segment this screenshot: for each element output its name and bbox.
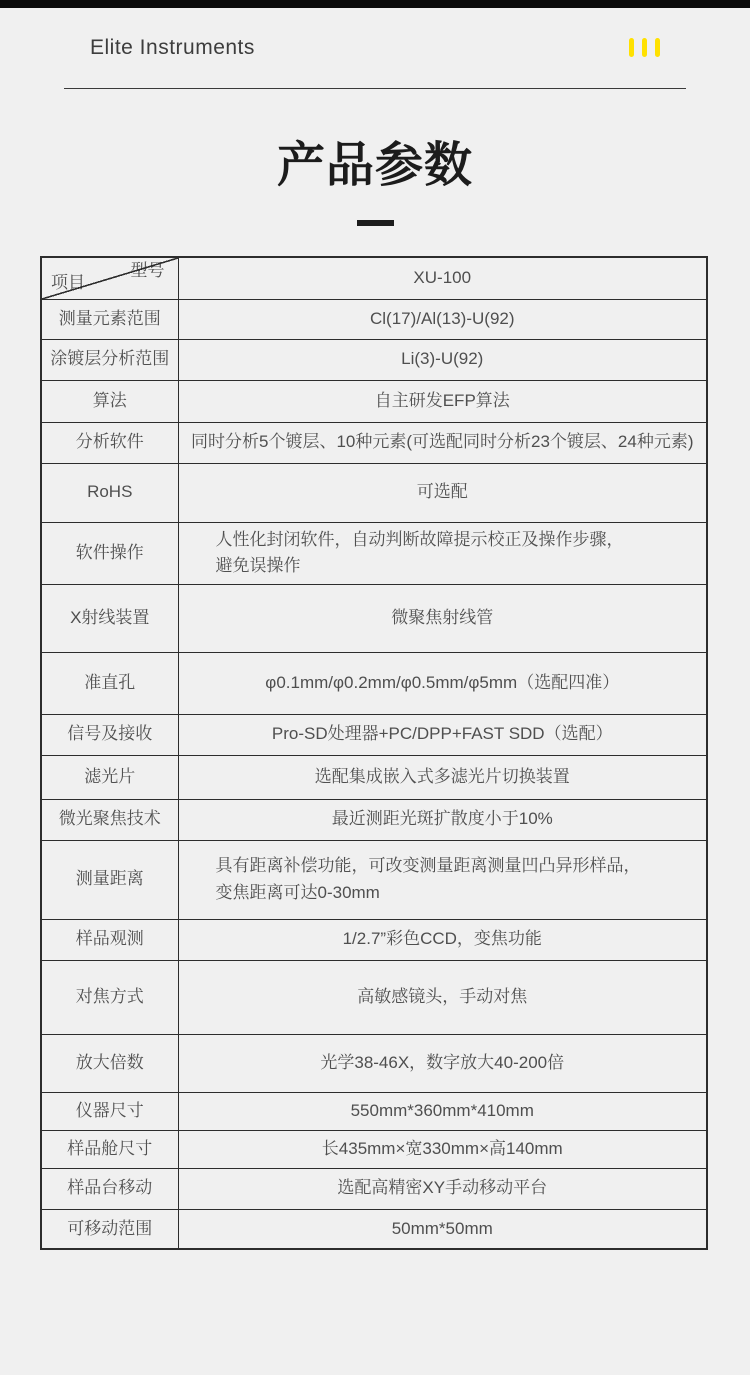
- spec-row: 样品观测1/2.7”彩色CCD，变焦功能: [41, 919, 707, 960]
- site-header: Elite Instruments: [0, 8, 750, 60]
- spec-value: 同时分析5个镀层、10种元素(可选配同时分析23个镀层、24种元素): [178, 422, 707, 463]
- spec-value: φ0.1mm/φ0.2mm/φ0.5mm/φ5mm（选配四准）: [178, 652, 707, 714]
- spec-value: 光学38-46X，数字放大40-200倍: [178, 1034, 707, 1092]
- spec-row: X射线装置微聚焦射线管: [41, 584, 707, 652]
- spec-row: 涂镀层分析范围Li(3)-U(92): [41, 339, 707, 380]
- spec-row: 信号及接收Pro-SD处理器+PC/DPP+FAST SDD（选配）: [41, 714, 707, 755]
- spec-label: X射线装置: [41, 584, 178, 652]
- spec-value: 长435mm×宽330mm×高140mm: [178, 1130, 707, 1168]
- spec-row: 对焦方式高敏感镜头，手动对焦: [41, 960, 707, 1034]
- spec-label: 算法: [41, 380, 178, 422]
- spec-label: 放大倍数: [41, 1034, 178, 1092]
- spec-value: 高敏感镜头，手动对焦: [178, 960, 707, 1034]
- menu-bar-icon: [629, 38, 634, 57]
- spec-table: 型号 项目 XU-100 测量元素范围Cl(17)/Al(13)-U(92)涂镀…: [40, 256, 708, 1250]
- spec-label: 信号及接收: [41, 714, 178, 755]
- spec-value: 50mm*50mm: [178, 1209, 707, 1249]
- spec-row: 样品舱尺寸长435mm×宽330mm×高140mm: [41, 1130, 707, 1168]
- spec-row: 滤光片选配集成嵌入式多滤光片切换装置: [41, 755, 707, 799]
- top-black-bar: [0, 0, 750, 8]
- menu-icon[interactable]: [629, 38, 660, 57]
- spec-label: 仪器尺寸: [41, 1092, 178, 1130]
- spec-value: 微聚焦射线管: [178, 584, 707, 652]
- spec-label: 测量元素范围: [41, 299, 178, 339]
- spec-label: 微光聚焦技术: [41, 799, 178, 840]
- spec-value: 1/2.7”彩色CCD，变焦功能: [178, 919, 707, 960]
- spec-row: 分析软件同时分析5个镀层、10种元素(可选配同时分析23个镀层、24种元素): [41, 422, 707, 463]
- spec-label: RoHS: [41, 463, 178, 522]
- spec-row: 算法自主研发EFP算法: [41, 380, 707, 422]
- brand-name: Elite Instruments: [90, 36, 255, 60]
- item-axis-label: 项目: [51, 270, 85, 296]
- spec-label: 滤光片: [41, 755, 178, 799]
- header-divider: [64, 88, 686, 89]
- spec-label: 测量距离: [41, 840, 178, 919]
- menu-bar-icon: [642, 38, 647, 57]
- spec-label: 样品台移动: [41, 1168, 178, 1209]
- model-axis-label: 型号: [131, 258, 165, 284]
- spec-value: 选配集成嵌入式多滤光片切换装置: [178, 755, 707, 799]
- spec-row: 可移动范围50mm*50mm: [41, 1209, 707, 1249]
- model-value: XU-100: [178, 257, 707, 299]
- title-underline: [357, 220, 394, 226]
- spec-row: 软件操作人性化封闭软件，自动判断故障提示校正及操作步骤， 避免误操作: [41, 522, 707, 584]
- spec-value: 具有距离补偿功能，可改变测量距离测量凹凸异形样品， 变焦距离可达0-30mm: [178, 840, 707, 919]
- spec-row: 放大倍数光学38-46X，数字放大40-200倍: [41, 1034, 707, 1092]
- spec-label: 样品舱尺寸: [41, 1130, 178, 1168]
- spec-label: 对焦方式: [41, 960, 178, 1034]
- spec-header-row: 型号 项目 XU-100: [41, 257, 707, 299]
- spec-value: Cl(17)/Al(13)-U(92): [178, 299, 707, 339]
- spec-label: 可移动范围: [41, 1209, 178, 1249]
- spec-value: Li(3)-U(92): [178, 339, 707, 380]
- spec-label: 分析软件: [41, 422, 178, 463]
- spec-row: RoHS可选配: [41, 463, 707, 522]
- spec-row: 样品台移动选配高精密XY手动移动平台: [41, 1168, 707, 1209]
- spec-row: 测量距离具有距离补偿功能，可改变测量距离测量凹凸异形样品， 变焦距离可达0-30…: [41, 840, 707, 919]
- spec-label: 涂镀层分析范围: [41, 339, 178, 380]
- spec-value: 可选配: [178, 463, 707, 522]
- spec-label: 软件操作: [41, 522, 178, 584]
- diagonal-header-cell: 型号 项目: [41, 257, 178, 299]
- spec-value: 最近测距光斑扩散度小于10%: [178, 799, 707, 840]
- spec-row: 准直孔φ0.1mm/φ0.2mm/φ0.5mm/φ5mm（选配四准）: [41, 652, 707, 714]
- spec-value: Pro-SD处理器+PC/DPP+FAST SDD（选配）: [178, 714, 707, 755]
- spec-row: 仪器尺寸550mm*360mm*410mm: [41, 1092, 707, 1130]
- spec-value: 550mm*360mm*410mm: [178, 1092, 707, 1130]
- spec-value: 人性化封闭软件，自动判断故障提示校正及操作步骤， 避免误操作: [178, 522, 707, 584]
- spec-row: 微光聚焦技术最近测距光斑扩散度小于10%: [41, 799, 707, 840]
- spec-value: 选配高精密XY手动移动平台: [178, 1168, 707, 1209]
- spec-row: 测量元素范围Cl(17)/Al(13)-U(92): [41, 299, 707, 339]
- page-title: 产品参数: [0, 138, 750, 194]
- spec-value: 自主研发EFP算法: [178, 380, 707, 422]
- menu-bar-icon: [655, 38, 660, 57]
- spec-label: 样品观测: [41, 919, 178, 960]
- spec-label: 准直孔: [41, 652, 178, 714]
